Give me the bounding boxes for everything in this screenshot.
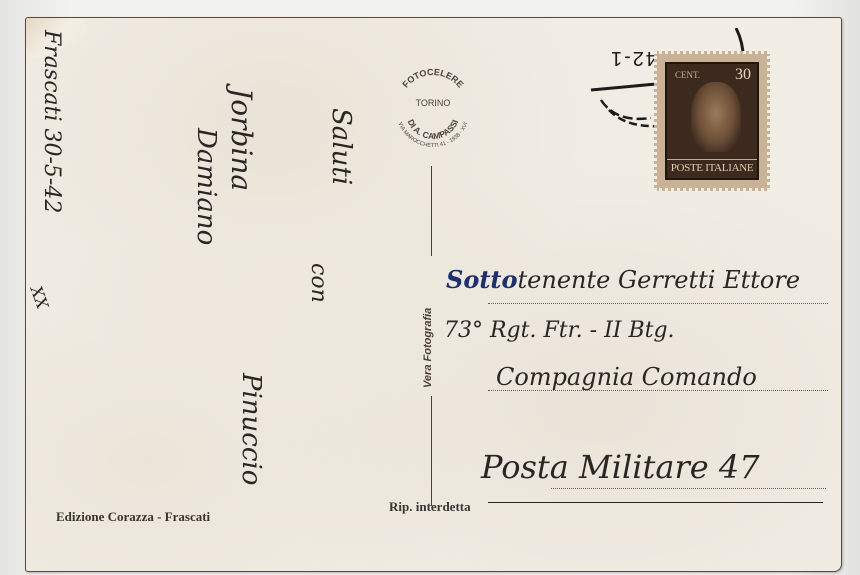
svg-text:FOTOCELERE: FOTOCELERE xyxy=(400,67,465,90)
address-rule-1 xyxy=(488,303,828,304)
address-rule-4 xyxy=(551,488,826,489)
signature: Pinuccio xyxy=(236,373,266,485)
greeting-saluti: Saluti xyxy=(326,108,356,185)
era-mark: XX xyxy=(27,284,53,312)
reproduction-notice: Rip. interdetta xyxy=(389,499,471,515)
center-divider-top xyxy=(431,166,432,256)
vera-fotografia-label: Vera Fotografia xyxy=(422,308,434,388)
address-line-2: 73° Rgt. Ftr. - II Btg. xyxy=(444,318,675,343)
publisher-text: Edizione Corazza - Frascati xyxy=(56,509,210,525)
address-line-4: Posta Militare 47 xyxy=(481,448,760,486)
stamp-top-arc: FOTOCELERE xyxy=(400,67,465,90)
address-line-3: Compagnia Comando xyxy=(496,363,757,391)
stamp-center: TORINO xyxy=(416,98,451,108)
sender-name-1: Jorbina xyxy=(225,88,258,191)
center-divider-bottom xyxy=(431,396,432,506)
place-date-handwritten: Frascati 30-5-42 xyxy=(39,30,64,213)
photographer-stamp: FOTOCELERE TORINO DI A. CAMPASSI VIA MAR… xyxy=(388,58,478,148)
sender-name-2: Damiano xyxy=(191,128,221,245)
postage-stamp: CENT. 30 POSTE ITALIANE xyxy=(654,51,770,191)
king-portrait-icon xyxy=(691,82,741,152)
stamp-denomination-label: CENT. xyxy=(675,70,700,80)
stamp-value: 30 xyxy=(735,66,751,84)
address-prefix: Sotto xyxy=(446,265,518,294)
address-underline xyxy=(488,502,823,503)
greeting-con: con xyxy=(306,263,331,303)
postcard: Frascati 30-5-42 XX Jorbina Damiano Salu… xyxy=(25,17,842,572)
address-line-1: Sottotenente Gerretti Ettore xyxy=(446,265,800,294)
address-rule-3 xyxy=(488,390,828,391)
address-line-1-text: tenente Gerretti Ettore xyxy=(518,266,801,294)
stamp-country: POSTE ITALIANE xyxy=(667,159,757,174)
